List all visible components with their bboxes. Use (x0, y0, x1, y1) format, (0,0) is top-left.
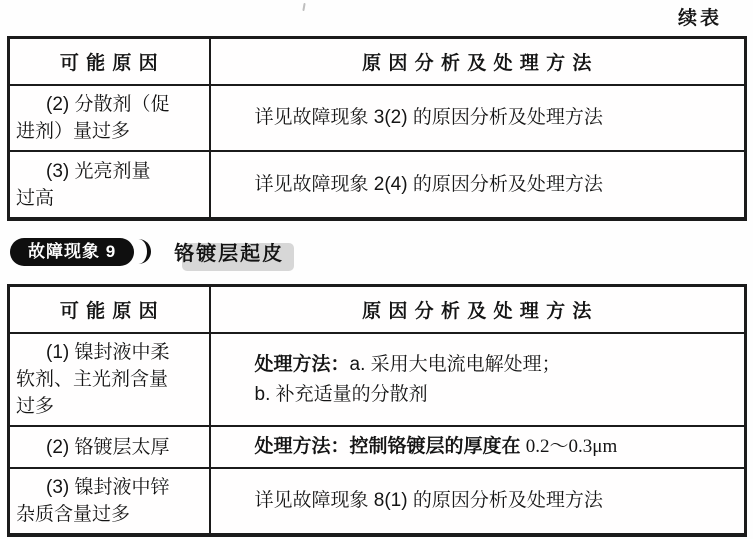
method-label: 处理方法： (255, 354, 350, 375)
scanned-document-page: 续表 可 能 原 因 原 因 分 析 及 处 理 方 法 (2) 分散剂（促 进… (0, 0, 753, 539)
cause-column-header: 可 能 原 因 (9, 286, 210, 334)
troubleshooting-table-9: 可 能 原 因 原 因 分 析 及 处 理 方 法 (1) 镍封液中柔 软剂、主… (7, 284, 747, 537)
cause-column-header: 可 能 原 因 (9, 38, 210, 86)
continued-table-label: 续表 (678, 3, 722, 30)
analysis-column-header: 原 因 分 析 及 处 理 方 法 (210, 38, 746, 86)
cause-cell: (3) 镍封液中锌 杂质含量过多 (9, 468, 210, 535)
method-step-a: a. 采用大电流电解处理； (350, 354, 561, 375)
cause-cell: (1) 镍封液中柔 软剂、主光剂含量 过多 (9, 333, 210, 426)
analysis-column-header: 原 因 分 析 及 处 理 方 法 (210, 286, 746, 334)
fault-phenomenon-badge: 故障现象 9 (10, 238, 134, 266)
analysis-cell: 详见故障现象 2(4) 的原因分析及处理方法 (210, 151, 746, 219)
section-title-text: 铬镀层起皮 (174, 243, 284, 265)
cause-cell: (2) 铬镀层太厚 (9, 426, 210, 468)
table-row: (3) 镍封液中锌 杂质含量过多 详见故障现象 8(1) 的原因分析及处理方法 (9, 468, 746, 535)
analysis-cell: 详见故障现象 3(2) 的原因分析及处理方法 (210, 85, 746, 151)
analysis-cell: 处理方法：控制铬镀层的厚度在 0.2～0.3μm (210, 426, 746, 468)
cause-cell: (2) 分散剂（促 进剂）量过多 (9, 85, 210, 151)
method-label: 处理方法： (255, 436, 350, 457)
table-header-row: 可 能 原 因 原 因 分 析 及 处 理 方 法 (9, 38, 746, 86)
table-row: (2) 铬镀层太厚 处理方法：控制铬镀层的厚度在 0.2～0.3μm (9, 426, 746, 468)
method-line: b. 补充适量的分散剂 (255, 380, 735, 410)
table-row: (2) 分散剂（促 进剂）量过多 详见故障现象 3(2) 的原因分析及处理方法 (9, 85, 746, 151)
table-row: (1) 镍封液中柔 软剂、主光剂含量 过多 处理方法：a. 采用大电流电解处理；… (9, 333, 746, 426)
section-title: 铬镀层起皮 (174, 237, 284, 266)
analysis-cell: 详见故障现象 8(1) 的原因分析及处理方法 (210, 468, 746, 535)
method-line: 处理方法：a. 采用大电流电解处理； (255, 350, 735, 380)
table-row: (3) 光亮剂量 过高 详见故障现象 2(4) 的原因分析及处理方法 (9, 151, 746, 219)
analysis-cell: 处理方法：a. 采用大电流电解处理； b. 补充适量的分散剂 (210, 333, 746, 426)
cause-cell: (3) 光亮剂量 过高 (9, 151, 210, 219)
table-header-row: 可 能 原 因 原 因 分 析 及 处 理 方 法 (9, 286, 746, 334)
badge-tail-icon (137, 239, 151, 264)
method-step-b: b. 补充适量的分散剂 (255, 384, 428, 405)
method-text: 控制铬镀层的厚度在 (350, 436, 526, 457)
thickness-value: 0.2～0.3μm (526, 436, 617, 457)
scan-artifact (302, 3, 305, 11)
section-heading: 故障现象 9 铬镀层起皮 (10, 236, 284, 267)
troubleshooting-table-continued: 可 能 原 因 原 因 分 析 及 处 理 方 法 (2) 分散剂（促 进剂）量… (7, 36, 747, 221)
